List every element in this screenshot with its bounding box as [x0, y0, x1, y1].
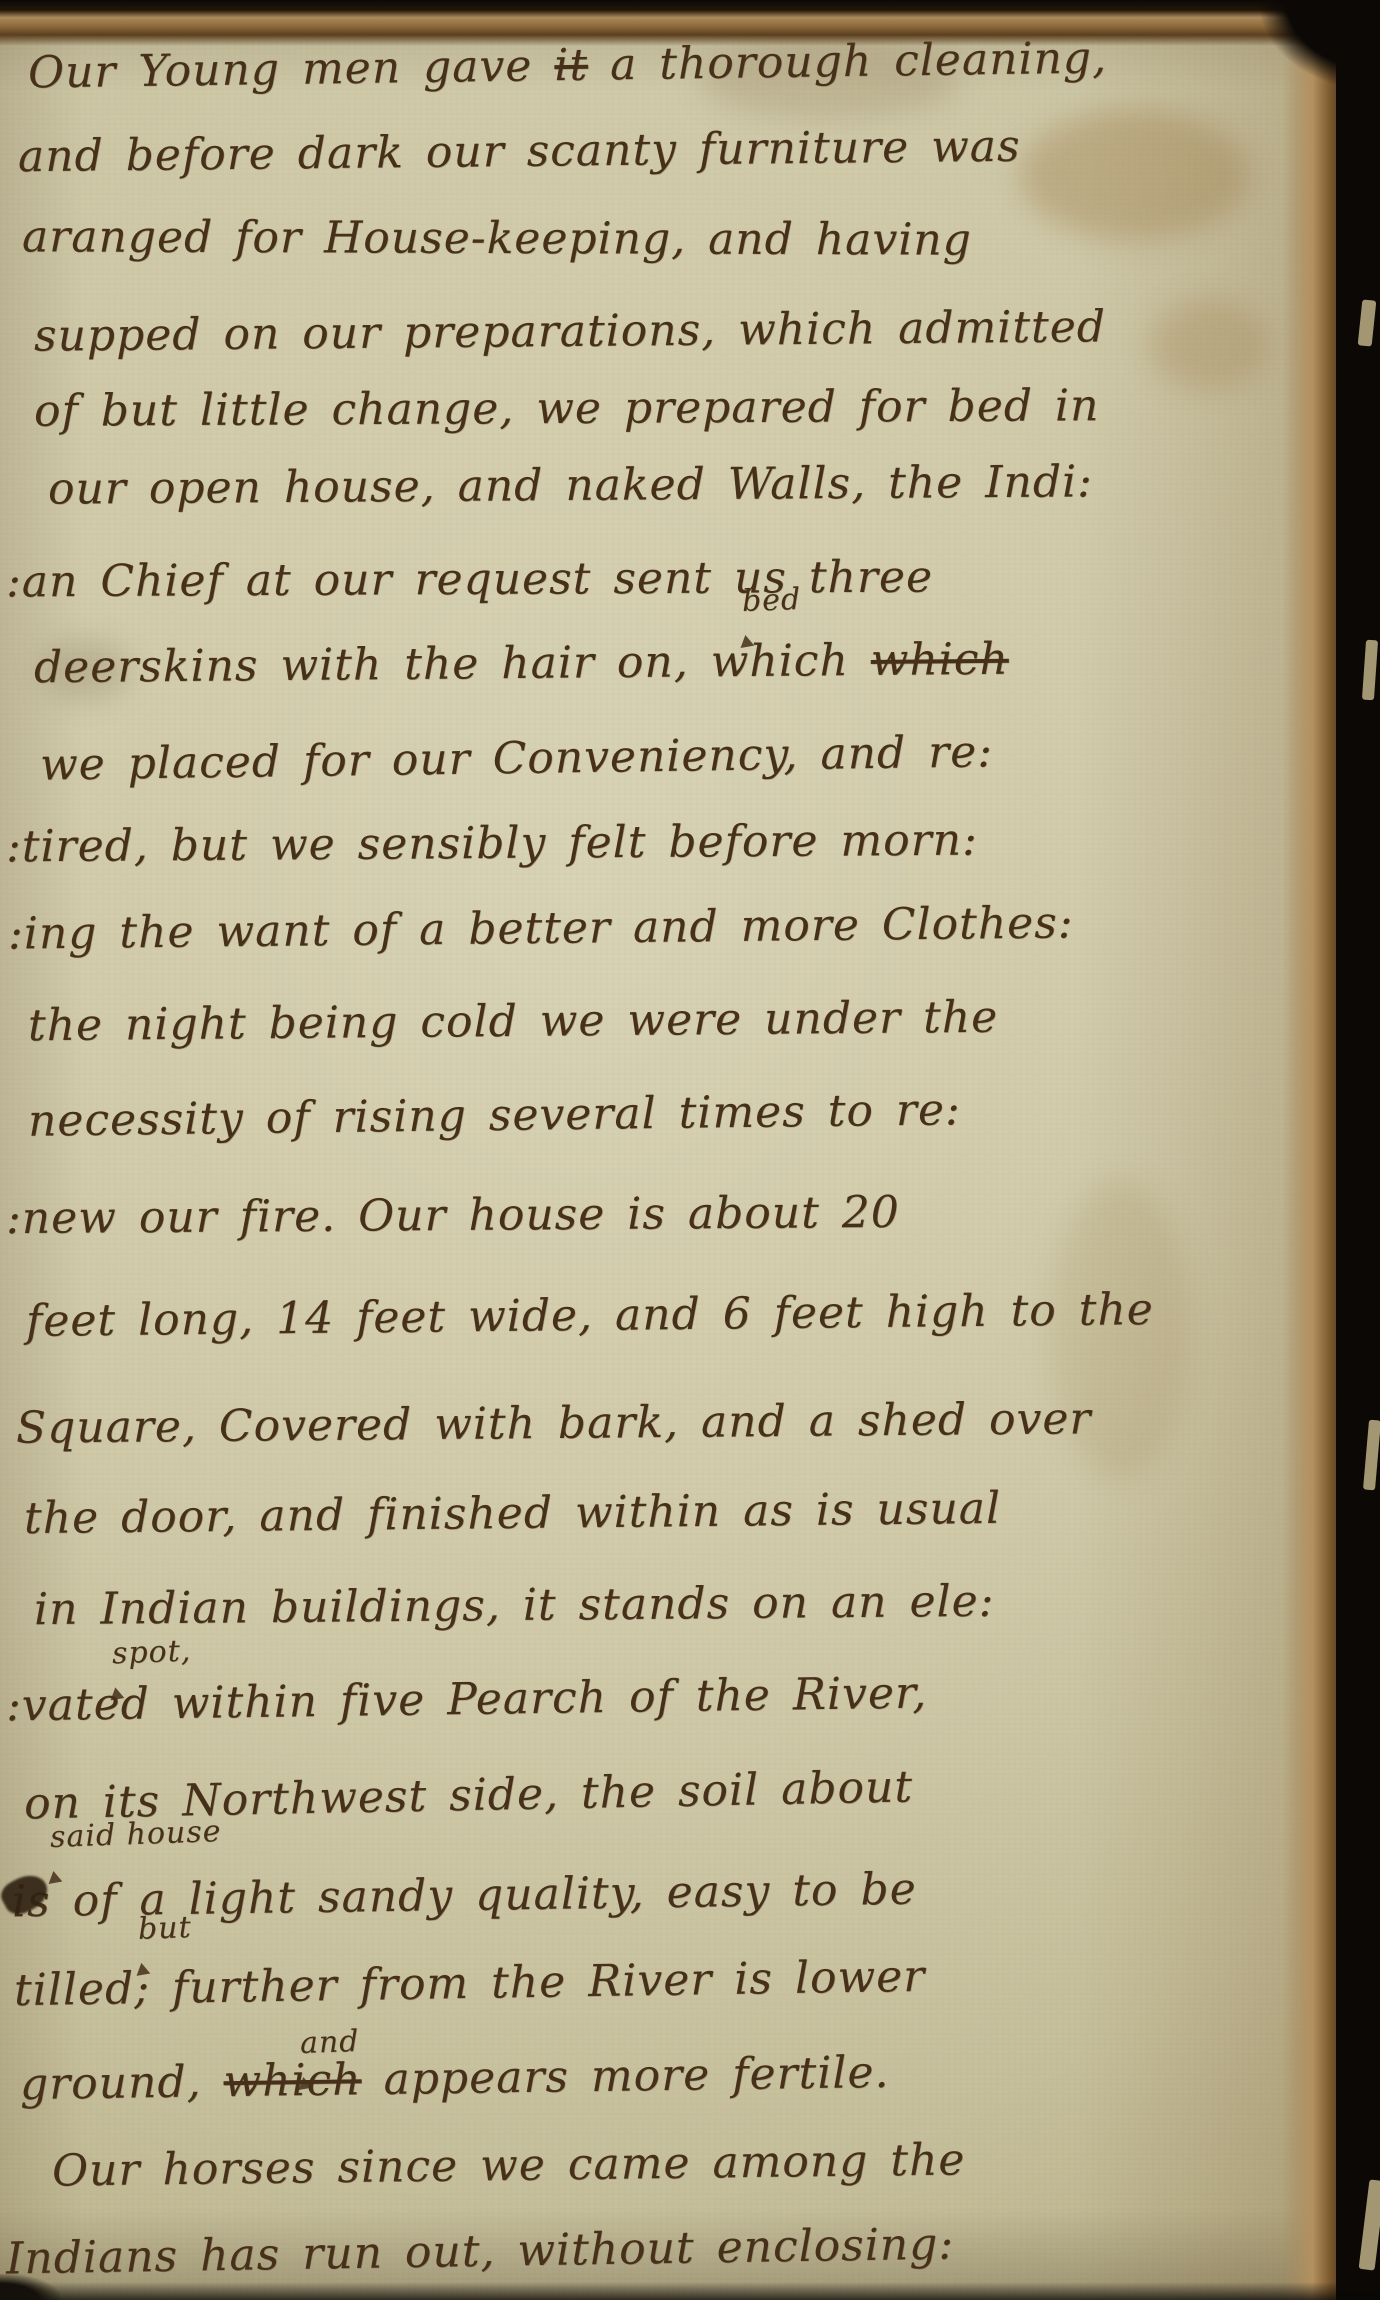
interlinear-insertion: bed — [741, 585, 801, 617]
line-text: the night being cold we were under the — [28, 992, 999, 1051]
manuscript-line: our open house, and naked Walls, the Ind… — [48, 458, 1093, 514]
manuscript-line: the door, and finished within as is usua… — [24, 1485, 1002, 1544]
line-text: :tired, but we sensibly felt before morn… — [6, 815, 978, 873]
caret-mark — [46, 1870, 62, 1884]
struck-word: which — [223, 2054, 362, 2107]
background — [1336, 0, 1380, 2300]
manuscript-line: deerskins with the hair on, which which — [34, 636, 1009, 693]
interlinear-insertion: and — [299, 2027, 359, 2059]
line-text: Our Young men gave — [28, 40, 555, 98]
insertion-text: said house — [49, 1814, 222, 1855]
struck-word: which — [871, 634, 1010, 686]
struck-word: it — [554, 40, 588, 91]
paper-stain — [1020, 110, 1250, 240]
line-text: Square, Covered with bark, and a shed ov… — [16, 1393, 1092, 1453]
caret-mark — [108, 1686, 124, 1700]
manuscript-line: and before dark our scanty furniture was — [18, 123, 1021, 182]
line-text: our open house, and naked Walls, the Ind… — [48, 456, 1093, 514]
line-text: the door, and finished within as is usua… — [24, 1483, 1002, 1544]
interlinear-insertion: spot, — [112, 1637, 192, 1670]
manuscript-line: supped on our preparations, which admitt… — [34, 303, 1106, 361]
manuscript-line: :new our fire. Our house is about 20 — [6, 1189, 900, 1244]
line-text: and before dark our scanty furniture was — [18, 121, 1021, 182]
manuscript-line: Our horses since we came among the — [52, 2136, 966, 2196]
insertion-text: spot, — [111, 1634, 191, 1672]
background — [1260, 0, 1380, 90]
manuscript-line: :tired, but we sensibly felt before morn… — [6, 817, 978, 872]
insertion-text: bed — [741, 582, 801, 619]
paper-stain — [1150, 300, 1270, 390]
line-text: appears more fertile. — [361, 2047, 890, 2105]
caret-mark — [134, 1962, 150, 1976]
line-text: of but little change, we prepared for be… — [34, 380, 1100, 437]
page-bottom-edge — [0, 2282, 1380, 2300]
background — [0, 2274, 60, 2300]
page-top-edge — [0, 0, 1348, 46]
line-text: :new our fire. Our house is about 20 — [6, 1187, 900, 1244]
manuscript-line: the night being cold we were under the — [28, 994, 999, 1051]
scanned-manuscript-photo: Our Young men gave it a thorough cleanin… — [0, 0, 1380, 2300]
manuscript-line: in Indian buildings, it stands on an ele… — [34, 1578, 995, 1635]
insertion-text: but — [137, 1910, 192, 1947]
interlinear-insertion: said house — [50, 1817, 222, 1853]
manuscript-line: :ing the want of a better and more Cloth… — [8, 899, 1074, 959]
caret-mark — [738, 634, 754, 648]
manuscript-line: of but little change, we prepared for be… — [34, 382, 1100, 436]
line-text: in Indian buildings, it stands on an ele… — [34, 1576, 995, 1635]
caret-mark — [296, 2076, 312, 2090]
interlinear-insertion: but — [137, 1913, 192, 1945]
insertion-text: and — [299, 2024, 360, 2061]
line-text: ground, — [20, 2056, 224, 2110]
line-text: aranged for House-keeping, and having — [22, 211, 972, 265]
manuscript-line: Square, Covered with bark, and a shed ov… — [16, 1395, 1092, 1453]
line-text: supped on our preparations, which admitt… — [34, 301, 1106, 361]
manuscript-line: aranged for House-keeping, and having — [22, 213, 972, 265]
